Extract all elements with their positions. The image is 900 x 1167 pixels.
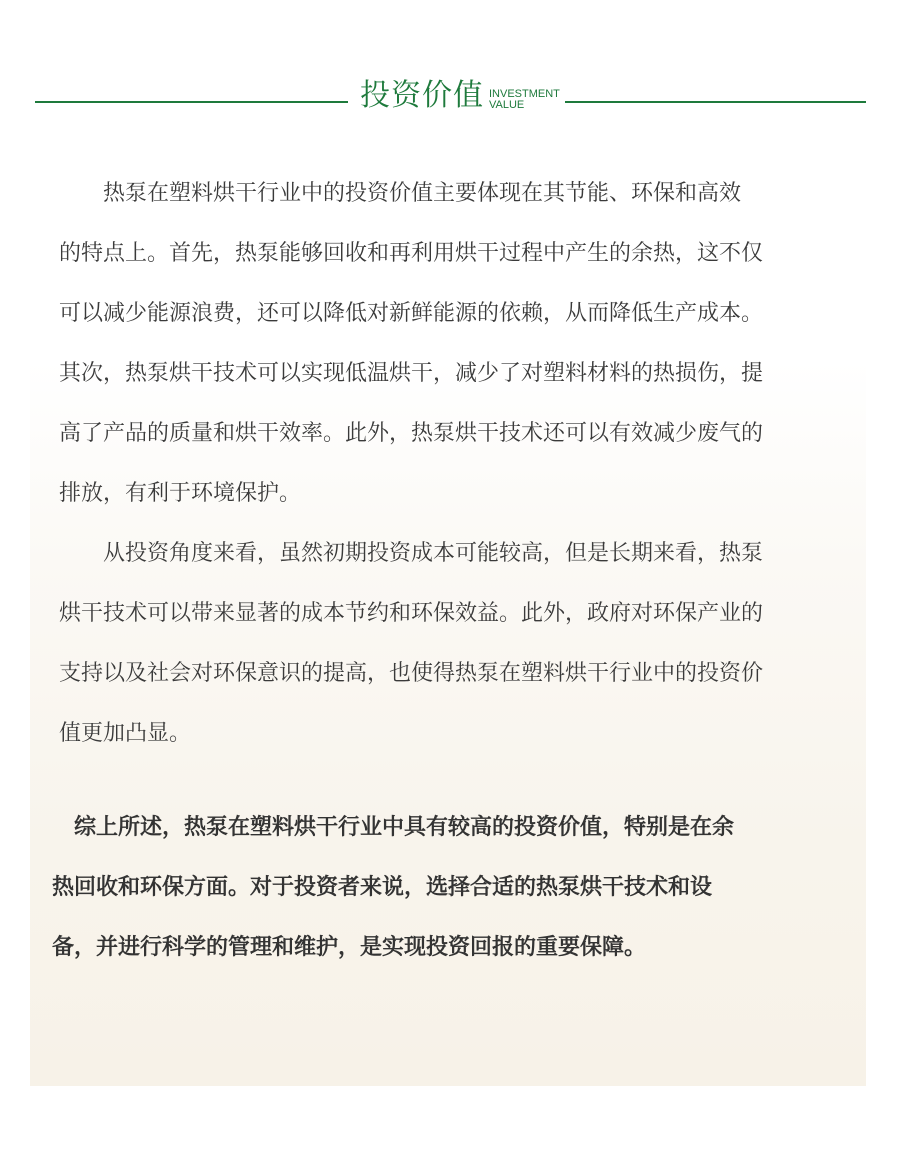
- text-line: 综上所述，热泵在塑料烘干行业中具有较高的投资价值，特别是在余: [52, 798, 848, 858]
- text-line: 的特点上。首先，热泵能够回收和再利用烘干过程中产生的余热，这不仅: [59, 224, 855, 284]
- section-title: 投资价值: [360, 78, 484, 114]
- section-subtitle-en: INVESTMENT VALUE: [489, 89, 560, 111]
- text-line: 支持以及社会对环保意识的提高，也使得热泵在塑料烘干行业中的投资价: [59, 644, 855, 704]
- text-line: 烘干技术可以带来显著的成本节约和环保效益。此外，政府对环保产业的: [59, 584, 855, 644]
- text-line: 热泵在塑料烘干行业中的投资价值主要体现在其节能、环保和高效: [59, 164, 855, 224]
- text-line: 从投资角度来看，虽然初期投资成本可能较高，但是长期来看，热泵: [59, 524, 855, 584]
- subtitle-line-2: VALUE: [489, 100, 560, 111]
- section-header: 投资价值 INVESTMENT VALUE: [360, 78, 560, 114]
- text-line: 排放，有利于环境保护。: [59, 464, 855, 524]
- paragraph-conclusion: 综上所述，热泵在塑料烘干行业中具有较高的投资价值，特别是在余 热回收和环保方面。…: [52, 798, 848, 978]
- header-divider-left: [35, 101, 348, 103]
- paragraph-benefits: 热泵在塑料烘干行业中的投资价值主要体现在其节能、环保和高效 的特点上。首先，热泵…: [59, 164, 855, 524]
- text-line: 热回收和环保方面。对于投资者来说，选择合适的热泵烘干技术和设: [52, 858, 848, 918]
- paragraph-investment-perspective: 从投资角度来看，虽然初期投资成本可能较高，但是长期来看，热泵 烘干技术可以带来显…: [59, 524, 855, 764]
- header-divider-right: [565, 101, 866, 103]
- text-line: 备，并进行科学的管理和维护，是实现投资回报的重要保障。: [52, 918, 848, 978]
- text-line: 可以减少能源浪费，还可以降低对新鲜能源的依赖，从而降低生产成本。: [59, 284, 855, 344]
- text-line: 其次，热泵烘干技术可以实现低温烘干，减少了对塑料材料的热损伤，提: [59, 344, 855, 404]
- text-line: 值更加凸显。: [59, 704, 855, 764]
- text-line: 高了产品的质量和烘干效率。此外，热泵烘干技术还可以有效减少废气的: [59, 404, 855, 464]
